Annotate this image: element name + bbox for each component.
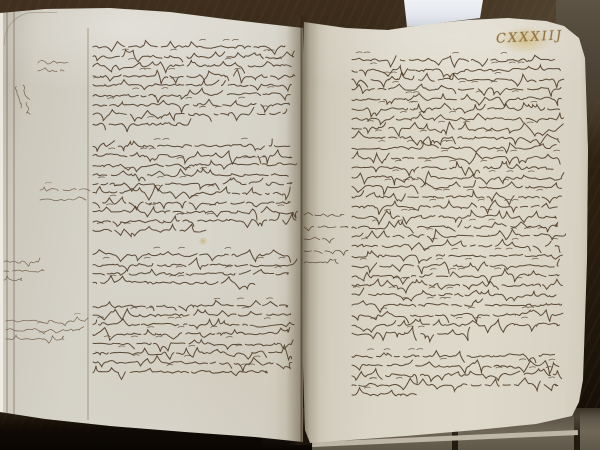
handwritten-paragraph	[93, 42, 298, 128]
handwritten-paragraph	[93, 250, 298, 288]
handwritten-paragraph	[93, 301, 298, 377]
handwriting-line	[93, 225, 298, 236]
left-page-text-block	[93, 42, 298, 377]
right-page-text-block	[352, 55, 566, 399]
margin-annotation	[14, 84, 28, 87]
handwritten-paragraph	[352, 55, 566, 339]
handwritten-paragraph	[93, 141, 298, 235]
handwriting-line	[352, 389, 566, 400]
page-stack-edge	[13, 10, 15, 436]
page-corner-crease	[4, 12, 57, 45]
handwriting-line	[93, 367, 298, 378]
page-stack-edge	[6, 10, 8, 436]
margin-ruling-line	[87, 28, 89, 420]
handwriting-line	[352, 329, 566, 340]
handwritten-paragraph	[352, 351, 566, 399]
left-page	[0, 0, 303, 446]
handwriting-line	[93, 278, 298, 288]
handwriting-line	[93, 118, 298, 128]
photograph-open-manuscript: CXXXIIJ	[0, 0, 600, 450]
page-stack-highlight	[0, 10, 3, 434]
right-page: CXXXIIJ	[296, 0, 600, 450]
